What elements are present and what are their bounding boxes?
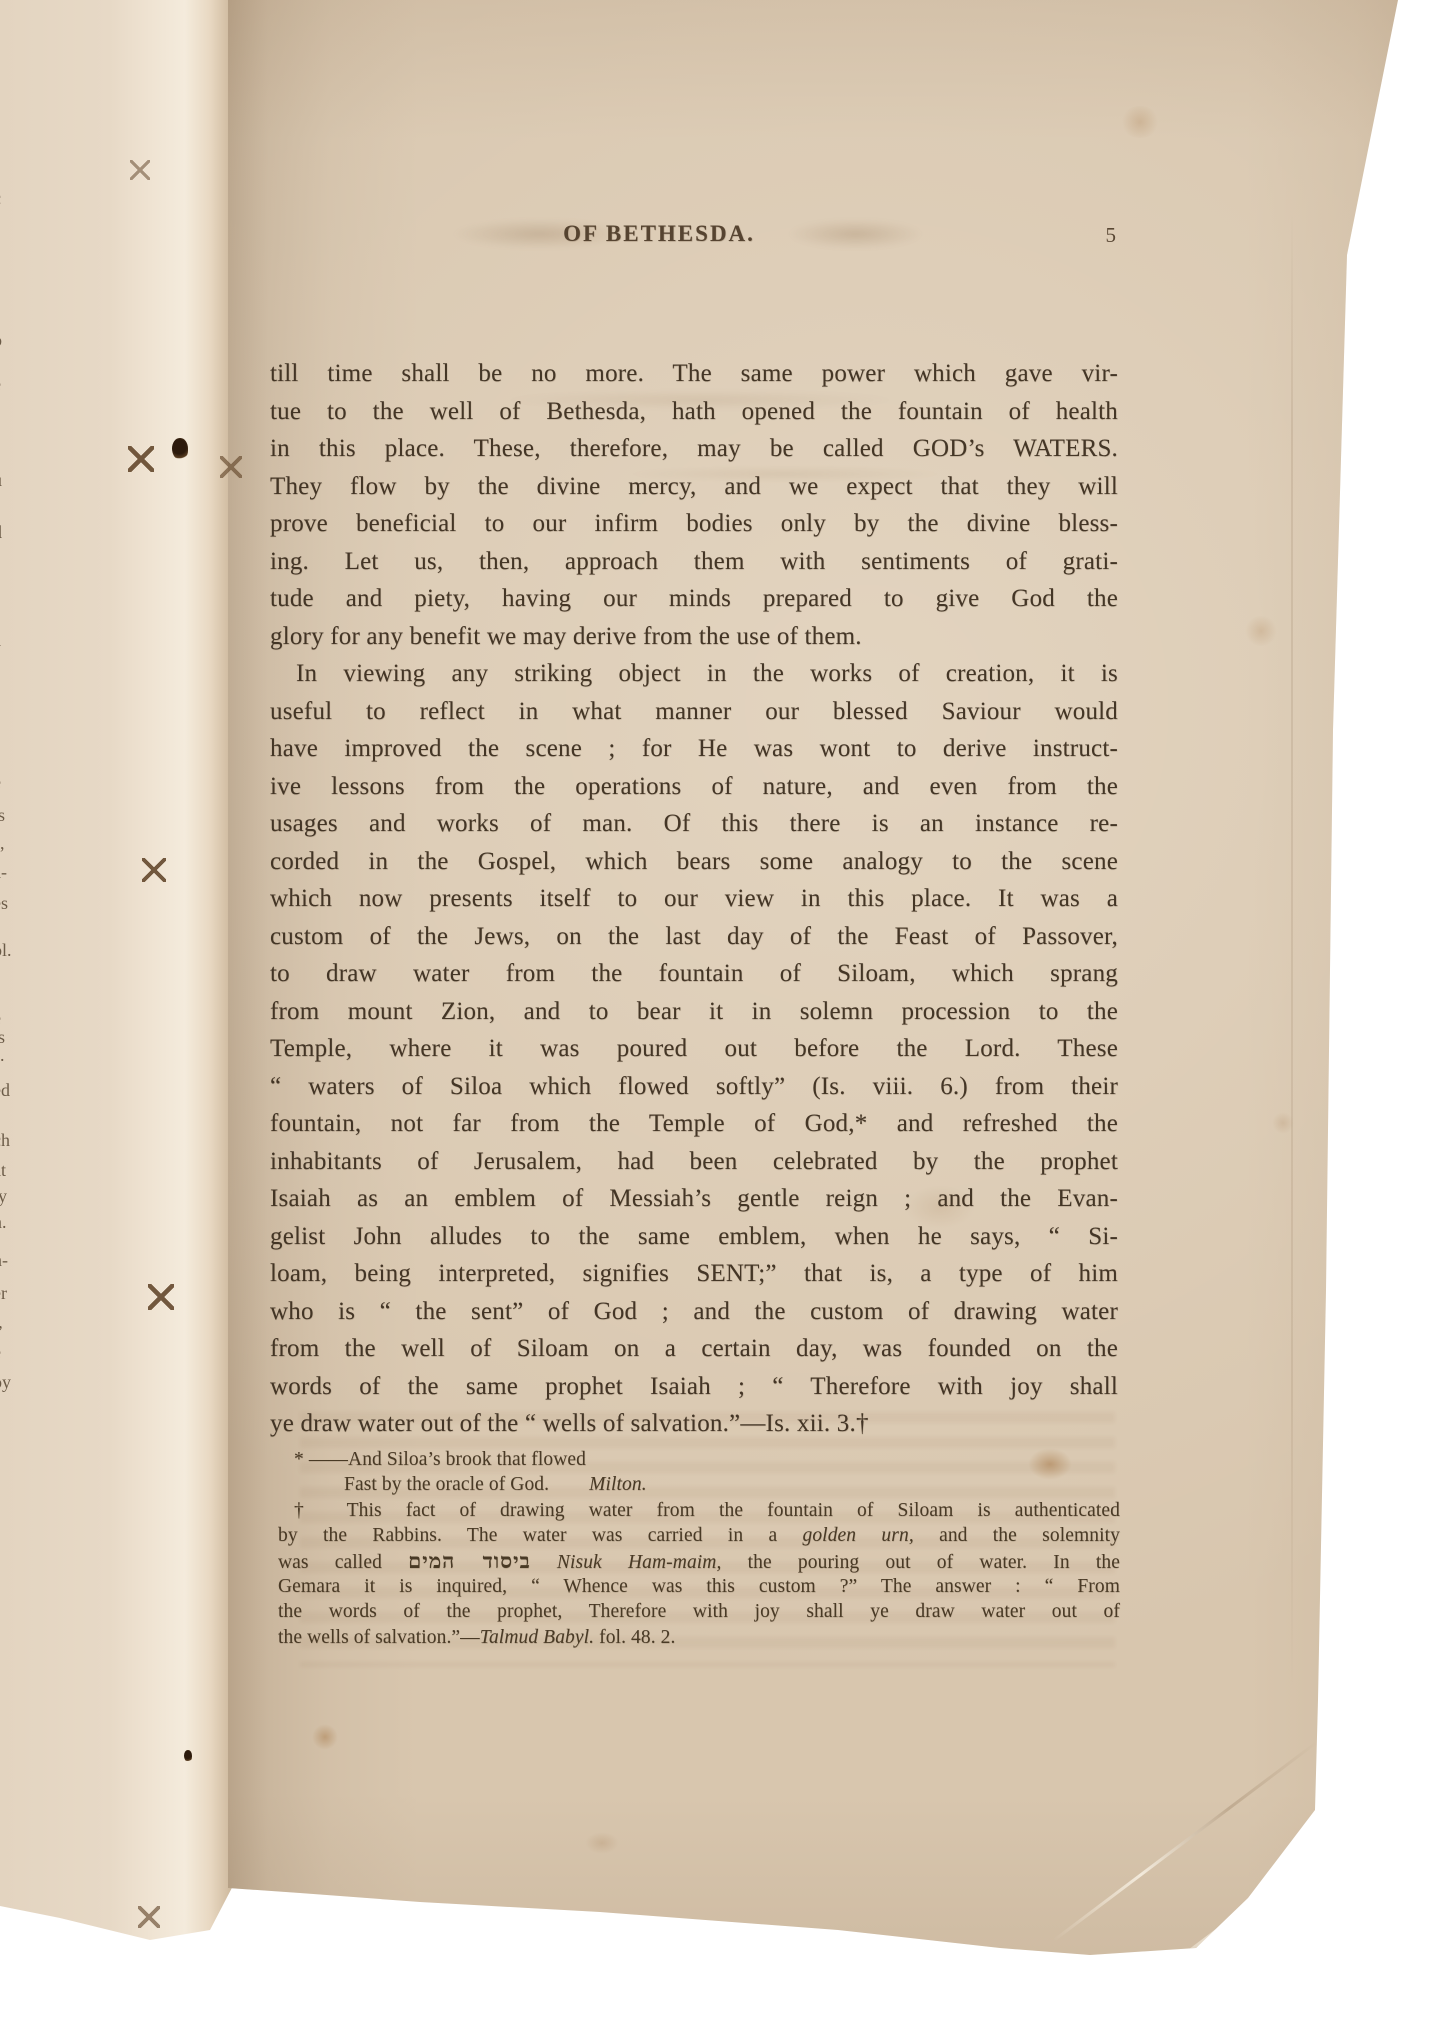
text-line: Isaiah as an emblem of Messiah’s gentle …: [270, 1180, 1118, 1218]
text-line: loam, being interpreted, signifies SENT;…: [270, 1255, 1118, 1293]
photo-backdrop: -ctloefudfa)-reiss,a-esfol.)seiss.ed-cha…: [0, 0, 1445, 2023]
facing-page-edge: -ctloefudfa)-reiss,a-esfol.)seiss.ed-cha…: [0, 0, 252, 1940]
footnote-italic-text: Nisuk Ham-maim,: [531, 1552, 722, 1573]
footnote-line: * ——And Siloa’s brook that flowed: [278, 1447, 1120, 1472]
edge-letter-fragment: er: [0, 1283, 15, 1304]
edge-letter-fragment: a-: [0, 862, 15, 883]
hebrew-text: ביסוד המים: [408, 1549, 531, 1573]
edge-letter-fragment: n-: [0, 1250, 15, 1271]
edge-letter-fragment: l: [0, 280, 15, 301]
foxing-spot: [1272, 1112, 1294, 1134]
footnote-text: by the Rabbins. The water was carried in…: [278, 1525, 802, 1546]
footnote-line: the wells of salvation.”—Talmud Babyl. f…: [278, 1625, 1120, 1650]
edge-letter-fragment: ): [0, 666, 15, 687]
text-line: in this place. These, therefore, may be …: [270, 430, 1118, 468]
edge-letter-fragment: d: [0, 522, 15, 543]
edge-letter-fragment: oy: [0, 1372, 15, 1393]
edge-letter-fragment: s.: [0, 1045, 15, 1066]
footnote-text: was called: [278, 1552, 408, 1573]
edge-letter-fragment: u: [0, 470, 15, 491]
milton-attribution: Milton.: [589, 1474, 647, 1495]
page-number: 5: [1106, 223, 1117, 248]
edge-letter-fragment: s,: [0, 833, 15, 854]
edge-letter-fragment: a: [0, 630, 15, 651]
text-line: Temple, where it was poured out before t…: [270, 1030, 1118, 1068]
paragraph: In viewing any striking object in the wo…: [270, 655, 1118, 1443]
binding-stitch: [142, 858, 166, 882]
text-line: custom of the Jews, on the last day of t…: [270, 918, 1118, 956]
page-crease: [1291, 210, 1293, 1690]
footnote-line: was called ביסוד המים Nisuk Ham-maim, th…: [278, 1549, 1120, 1574]
text-line: from mount Zion, and to bear it in solem…: [270, 993, 1118, 1031]
edge-letter-fragment: ol.: [0, 940, 15, 961]
text-line: ing. Let us, then, approach them with se…: [270, 543, 1118, 581]
text-line: prove beneficial to our infirm bodies on…: [270, 505, 1118, 543]
footnote-italic-text: Talmud Babyl.: [480, 1627, 594, 1648]
page-header: OF BETHESDA. 5: [270, 221, 1118, 253]
text-line: usages and works of man. Of this there i…: [270, 805, 1118, 843]
paragraph: till time shall be no more. The same pow…: [270, 355, 1118, 655]
text-line: from the well of Siloam on a certain day…: [270, 1330, 1118, 1368]
footnote-line: † This fact of drawing water from the fo…: [278, 1498, 1120, 1523]
text-line: tude and piety, having our minds prepare…: [270, 580, 1118, 618]
binding-stitch: [138, 1906, 160, 1928]
edge-letter-fragment: ly: [0, 1186, 15, 1207]
text-line: have improved the scene ; for He was won…: [270, 730, 1118, 768]
edge-letter-fragment: t: [0, 232, 15, 253]
text-line: ye draw water out of the “ wells of salv…: [270, 1405, 1118, 1443]
edge-letter-fragment: r,: [0, 1312, 15, 1333]
edge-letter-fragment: es: [0, 893, 15, 914]
footnote-text: and the solemnity: [914, 1525, 1120, 1546]
edge-letter-fragment: e: [0, 1008, 15, 1029]
footnote-text: fol. 48. 2.: [594, 1627, 675, 1648]
footnote-line: Gemara it is inquired, “ Whence was this…: [278, 1574, 1120, 1599]
edge-letter-fragment: o: [0, 330, 15, 351]
edge-letter-fragment: -: [0, 700, 15, 721]
binding-stitch: [128, 446, 154, 472]
stitch-hole: [184, 1750, 192, 1762]
text-line: till time shall be no more. The same pow…: [270, 355, 1118, 393]
footnote-line: by the Rabbins. The water was carried in…: [278, 1523, 1120, 1548]
text-line: which now presents itself to our view in…: [270, 880, 1118, 918]
text-line: glory for any benefit we may derive from…: [270, 618, 1118, 656]
footnote-block: * ——And Siloa’s brook that flowed Fast b…: [278, 1447, 1120, 1650]
edge-letter-fragment: n.: [0, 1212, 15, 1233]
footnote-text: the pouring out of water. In the: [721, 1552, 1120, 1573]
corner-fold-crease: [1139, 1806, 1380, 1989]
edge-letter-fragment: f: [0, 420, 15, 441]
binding-stitch: [220, 456, 242, 478]
text-line: fountain, not far from the Temple of God…: [270, 1105, 1118, 1143]
foxing-spot: [312, 1724, 338, 1750]
text-line: inhabitants of Jerusalem, had been celeb…: [270, 1143, 1118, 1181]
edge-letter-fragment: c: [0, 188, 15, 209]
footnote-italic-text: golden urn,: [802, 1525, 913, 1546]
text-line: In viewing any striking object in the wo…: [270, 655, 1118, 693]
edge-letter-fragment: ch: [0, 1130, 15, 1151]
stitch-hole: [172, 438, 188, 460]
text-line: useful to reflect in what manner our ble…: [270, 693, 1118, 731]
foxing-spot: [585, 1832, 619, 1854]
footnote-line: Fast by the oracle of God.Milton.: [278, 1472, 1120, 1497]
edge-letter-fragment: f: [0, 588, 15, 609]
edge-letter-fragment: -: [0, 1105, 15, 1126]
edge-letter-fragment: e: [0, 1342, 15, 1363]
body-text: till time shall be no more. The same pow…: [270, 355, 1118, 1443]
edge-letter-fragment: r: [0, 733, 15, 754]
text-line: They flow by the divine mercy, and we ex…: [270, 468, 1118, 506]
text-line: who is “ the sent” of God ; and the cust…: [270, 1293, 1118, 1331]
text-line: “ waters of Siloa which flowed softly” (…: [270, 1068, 1118, 1106]
text-line: to draw water from the fountain of Siloa…: [270, 955, 1118, 993]
footnote-line: the words of the prophet, Therefore with…: [278, 1599, 1120, 1624]
running-head-title: OF BETHESDA.: [270, 221, 1118, 247]
footnote-verse: Fast by the oracle of God.: [344, 1474, 549, 1495]
edge-letter-fragment: -: [0, 148, 15, 169]
foxing-spot: [1120, 106, 1160, 138]
edge-letter-fragment: is: [0, 805, 15, 826]
edge-letter-fragment: l: [0, 1402, 15, 1423]
text-line: words of the same prophet Isaiah ; “ The…: [270, 1368, 1118, 1406]
text-line: gelist John alludes to the same emblem, …: [270, 1218, 1118, 1256]
edge-letter-fragment: e: [0, 772, 15, 793]
edge-letter-fragment: e: [0, 374, 15, 395]
text-line: corded in the Gospel, which bears some a…: [270, 843, 1118, 881]
text-line: tue to the well of Bethesda, hath opened…: [270, 393, 1118, 431]
edge-letter-fragment: ed: [0, 1080, 15, 1101]
footnote-text: the wells of salvation.”—: [278, 1627, 480, 1648]
binding-stitch: [130, 160, 150, 180]
corner-fold-crease: [1052, 1741, 1317, 1942]
binding-stitch: [148, 1284, 174, 1310]
text-line: ive lessons from the operations of natur…: [270, 768, 1118, 806]
edge-letter-fragment: at: [0, 1160, 15, 1181]
foxing-spot: [1244, 616, 1278, 646]
